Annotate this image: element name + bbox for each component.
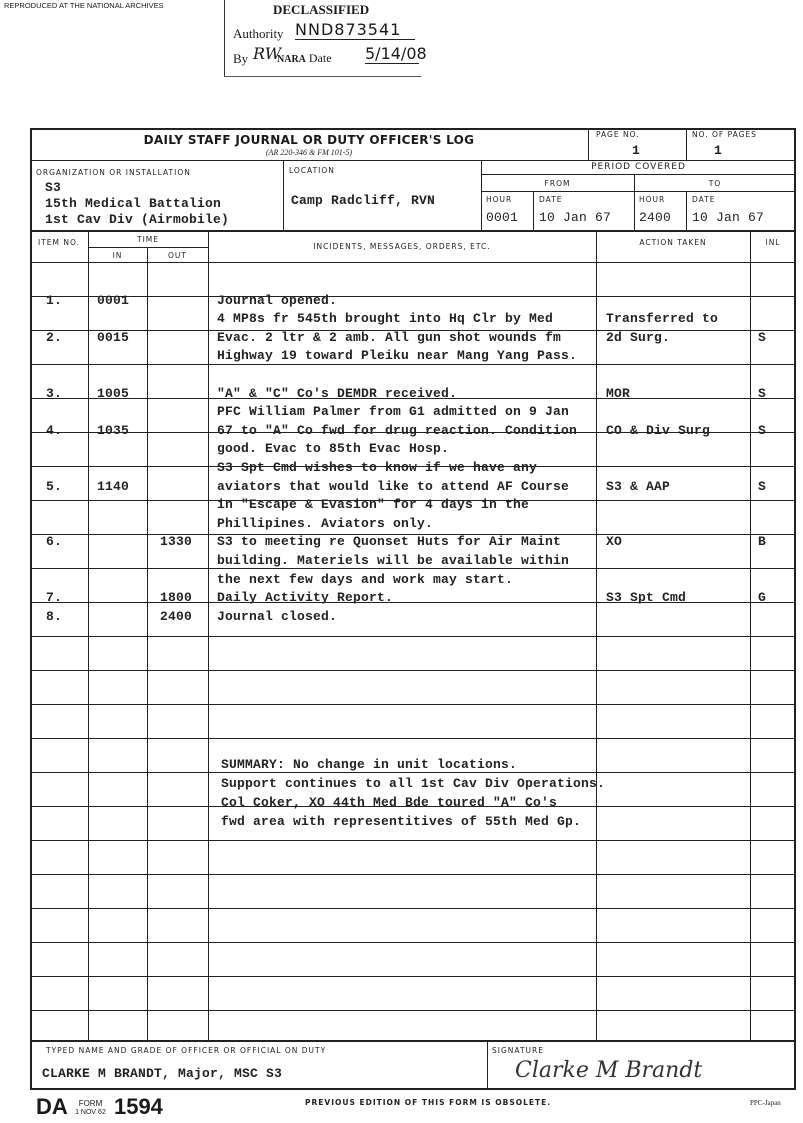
- summary-line: Col Coker, XO 44th Med Bde toured "A" Co…: [221, 795, 557, 810]
- summary-line: fwd area with representitives of 55th Me…: [221, 814, 581, 829]
- no-of-pages-label: NO. OF PAGES: [692, 130, 757, 139]
- page-no-label: PAGE NO.: [596, 130, 640, 139]
- to-hour-value: 2400: [639, 210, 671, 225]
- form-date: 1 NOV 62: [75, 1109, 106, 1116]
- row-action: S3 Spt Cmd: [606, 590, 686, 605]
- row-in: 1005: [97, 386, 129, 401]
- time-header: TIME: [88, 235, 208, 244]
- row-text: 67 to "A" Co fwd for drug reaction. Cond…: [217, 423, 577, 438]
- row-text: Journal opened.: [217, 293, 337, 308]
- form-number: DA FORM1 NOV 62 1594: [36, 1094, 163, 1120]
- from-date-value: 10 Jan 67: [539, 210, 611, 225]
- row-text: the next few days and work may start.: [217, 572, 513, 587]
- row-text: Evac. 2 ltr & 2 amb. All gun shot wounds…: [217, 330, 561, 345]
- archive-note: REPRODUCED AT THE NATIONAL ARCHIVES: [4, 1, 164, 10]
- location-value: Camp Radcliff, RVN: [291, 193, 435, 208]
- row-out: 2400: [160, 609, 192, 624]
- row-inl: S: [758, 386, 766, 401]
- declassified-stamp: DECLASSIFIED Authority NND873541 By RW N…: [224, 0, 421, 77]
- row-in: 0001: [97, 293, 129, 308]
- summary-line: Support continues to all 1st Cav Div Ope…: [221, 776, 605, 791]
- organization-line: S3: [45, 180, 229, 196]
- row-action: 2d Surg.: [606, 330, 670, 345]
- incidents-header: INCIDENTS, MESSAGES, ORDERS, ETC.: [208, 242, 596, 251]
- form-subtitle: (AR 220-346 & FM 101-5): [30, 148, 588, 157]
- form-number-value: 1594: [114, 1094, 163, 1119]
- row-text: S3 Spt Cmd wishes to know if we have any: [217, 460, 537, 475]
- officer-label: TYPED NAME AND GRADE OF OFFICER OR OFFIC…: [46, 1046, 326, 1055]
- form-title: DAILY STAFF JOURNAL OR DUTY OFFICER'S LO…: [30, 133, 588, 147]
- row-text: 4 MP8s fr 545th brought into Hq Clr by M…: [217, 311, 553, 326]
- row-in: 1035: [97, 423, 129, 438]
- row-text: PFC William Palmer from G1 admitted on 9…: [217, 404, 569, 419]
- organization-line: 1st Cav Div (Airmobile): [45, 212, 229, 228]
- row-text: S3 to meeting re Quonset Huts for Air Ma…: [217, 534, 561, 549]
- row-action: CO & Div Surg: [606, 423, 710, 438]
- to-hour-label: HOUR: [639, 195, 665, 204]
- row-text: "A" & "C" Co's DEMDR received.: [217, 386, 457, 401]
- row-action: Transferred to: [606, 311, 718, 326]
- to-label: TO: [634, 179, 796, 188]
- row-text: in "Escape & Evasion" for 4 days in the: [217, 497, 529, 512]
- stamp-authority-value: NND873541: [295, 20, 415, 40]
- row-text: aviators that would like to attend AF Co…: [217, 479, 569, 494]
- to-date-label: DATE: [692, 195, 716, 204]
- summary-line: SUMMARY: No change in unit locations.: [221, 757, 517, 772]
- row-text: Journal closed.: [217, 609, 337, 624]
- page-no-value: 1: [632, 143, 640, 158]
- from-date-label: DATE: [539, 195, 563, 204]
- time-in-header: IN: [88, 251, 147, 260]
- organization-label: ORGANIZATION OR INSTALLATION: [36, 168, 191, 177]
- row-item: 4.: [46, 423, 62, 438]
- row-item: 8.: [46, 609, 62, 624]
- row-item: 6.: [46, 534, 62, 549]
- officer-name: CLARKE M BRANDT, Major, MSC S3: [42, 1066, 282, 1081]
- item-no-header: ITEM NO.: [30, 237, 88, 248]
- stamp-by-label: By: [233, 51, 248, 67]
- to-date-value: 10 Jan 67: [692, 210, 764, 225]
- stamp-date-value: 5/14/08: [365, 44, 419, 64]
- no-of-pages-value: 1: [714, 143, 722, 158]
- row-action: S3 & AAP: [606, 479, 670, 494]
- row-text: good. Evac to 85th Evac Hosp.: [217, 441, 449, 456]
- row-item: 2.: [46, 330, 62, 345]
- from-label: FROM: [481, 179, 634, 188]
- organization-value: S3 15th Medical Battalion 1st Cav Div (A…: [45, 180, 229, 228]
- stamp-date-label: Date: [309, 51, 332, 65]
- row-item: 7.: [46, 590, 62, 605]
- time-out-header: OUT: [147, 251, 208, 260]
- row-text: building. Materiels will be available wi…: [217, 553, 569, 568]
- row-item: 1.: [46, 293, 62, 308]
- row-inl: B: [758, 534, 766, 549]
- form-prefix: DA: [36, 1094, 67, 1119]
- organization-line: 15th Medical Battalion: [45, 196, 229, 212]
- stamp-agency-name: NARA: [277, 54, 306, 65]
- inl-header: INL: [750, 238, 796, 247]
- stamp-authority-label: Authority: [233, 26, 284, 42]
- row-action: XO: [606, 534, 622, 549]
- obsolete-note: PREVIOUS EDITION OF THIS FORM IS OBSOLET…: [305, 1098, 551, 1107]
- row-in: 1140: [97, 479, 129, 494]
- row-action: MOR: [606, 386, 630, 401]
- from-hour-label: HOUR: [486, 195, 512, 204]
- row-text: Phillipines. Aviators only.: [217, 516, 433, 531]
- row-inl: S: [758, 423, 766, 438]
- stamp-agency: NARA Date: [277, 51, 332, 66]
- from-hour-value: 0001: [486, 210, 518, 225]
- row-out: 1800: [160, 590, 192, 605]
- location-label: LOCATION: [289, 166, 335, 175]
- stamp-heading: DECLASSIFIED: [273, 2, 369, 18]
- row-item: 3.: [46, 386, 62, 401]
- row-out: 1330: [160, 534, 192, 549]
- form-word: FORM: [79, 1099, 103, 1108]
- printer-note: PPC-Japan: [750, 1099, 781, 1107]
- period-covered-label: PERIOD COVERED: [481, 162, 796, 172]
- journal-form: [30, 128, 796, 1090]
- row-inl: S: [758, 330, 766, 345]
- action-taken-header: ACTION TAKEN: [596, 238, 750, 247]
- row-item: 5.: [46, 479, 62, 494]
- row-text: Daily Activity Report.: [217, 590, 393, 605]
- row-inl: G: [758, 590, 766, 605]
- signature-label: SIGNATURE: [492, 1046, 544, 1055]
- row-in: 0015: [97, 330, 129, 345]
- signature: Clarke M Brandt: [515, 1058, 702, 1083]
- row-inl: S: [758, 479, 766, 494]
- row-text: Highway 19 toward Pleiku near Mang Yang …: [217, 348, 577, 363]
